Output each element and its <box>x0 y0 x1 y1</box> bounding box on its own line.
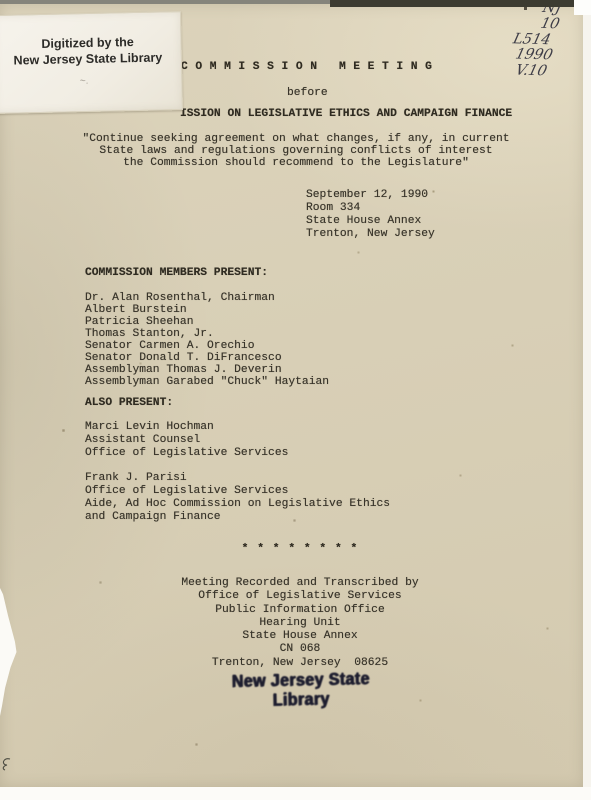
members-present-list: Dr. Alan Rosenthal, ChairmanAlbert Burst… <box>85 292 329 388</box>
paper-background <box>0 4 584 788</box>
transcription-line: State House Annex <box>110 630 490 643</box>
meeting-charge-quote: "Continue seeking agreement on what chan… <box>60 133 532 170</box>
member-name: Assemblyman Thomas J. Deverin <box>85 364 329 376</box>
also-present-line: Aide, Ad Hoc Commission on Legislative E… <box>85 498 390 511</box>
library-stamp: New Jersey State Library <box>206 670 397 713</box>
member-name: Dr. Alan Rosenthal, Chairman <box>85 292 329 304</box>
quote-line: "Continue seeking agreement on what chan… <box>60 133 532 145</box>
member-name: Assemblyman Garabed "Chuck" Haytaian <box>85 376 329 388</box>
member-name: Senator Donald T. DiFrancesco <box>85 352 329 364</box>
meeting-info-line: State House Annex <box>306 215 435 228</box>
meeting-info-line: September 12, 1990 <box>306 189 435 202</box>
member-name: Albert Burstein <box>85 304 329 316</box>
transcription-line: Hearing Unit <box>110 617 490 630</box>
member-name: Senator Carmen A. Orechio <box>85 340 329 352</box>
meeting-info-block: September 12, 1990Room 334State House An… <box>306 189 435 241</box>
scanner-edge-light <box>0 0 345 4</box>
also-present-line: Office of Legislative Services <box>85 485 390 498</box>
transcription-line: Trenton, New Jersey 08625 <box>110 657 490 670</box>
transcription-line: Meeting Recorded and Transcribed by <box>110 577 490 590</box>
digitized-by-label: Digitized by theNew Jersey State Library… <box>0 11 183 114</box>
also-present-line: Office of Legislative Services <box>85 447 288 460</box>
quote-line: the Commission should recommend to the L… <box>60 157 532 169</box>
member-name: Thomas Stanton, Jr. <box>85 328 329 340</box>
scanner-edge-dark <box>330 0 575 7</box>
scanned-document-page: C O M M I S S I O N M E E T I N G before… <box>0 0 591 800</box>
scan-bottom-margin <box>0 787 591 800</box>
also-present-line: Marci Levin Hochman <box>85 421 288 434</box>
member-name: Patricia Sheehan <box>85 316 329 328</box>
also-present-heading: ALSO PRESENT: <box>85 397 173 409</box>
paper-corner-cut <box>574 0 591 15</box>
transcription-credit-block: Meeting Recorded and Transcribed byOffic… <box>110 577 490 670</box>
also-present-group-1: Marci Levin HochmanAssistant CounselOffi… <box>85 421 288 460</box>
also-present-line: and Campaign Finance <box>85 511 390 524</box>
also-present-line: Frank J. Parisi <box>85 472 390 485</box>
digitized-label-text: Digitized by theNew Jersey State Library <box>0 34 181 69</box>
pen-mark <box>0 756 14 777</box>
also-present-line: Assistant Counsel <box>85 434 288 447</box>
before-label: before <box>287 87 328 99</box>
call-number-line: V.10 <box>514 64 569 81</box>
members-present-heading: COMMISSION MEMBERS PRESENT: <box>85 267 268 279</box>
transcription-line: Office of Legislative Services <box>110 590 490 603</box>
also-present-group-2: Frank J. ParisiOffice of Legislative Ser… <box>85 472 390 524</box>
digitized-label-line: New Jersey State Library <box>0 50 181 69</box>
call-number-line: 10 <box>539 17 581 34</box>
paper-right-edge <box>583 0 591 800</box>
transcription-line: CN 068 <box>110 643 490 656</box>
asterisk-separator: * * * * * * * * <box>210 543 390 555</box>
quote-line: State laws and regulations governing con… <box>60 145 532 157</box>
commission-name: ISSION ON LEGISLATIVE ETHICS AND CAMPAIG… <box>180 108 512 120</box>
transcription-line: Public Information Office <box>110 604 490 617</box>
pencil-mark: ~. <box>79 76 89 86</box>
meeting-title: C O M M I S S I O N M E E T I N G <box>181 61 432 73</box>
meeting-info-line: Trenton, New Jersey <box>306 228 435 241</box>
meeting-info-line: Room 334 <box>306 202 435 215</box>
